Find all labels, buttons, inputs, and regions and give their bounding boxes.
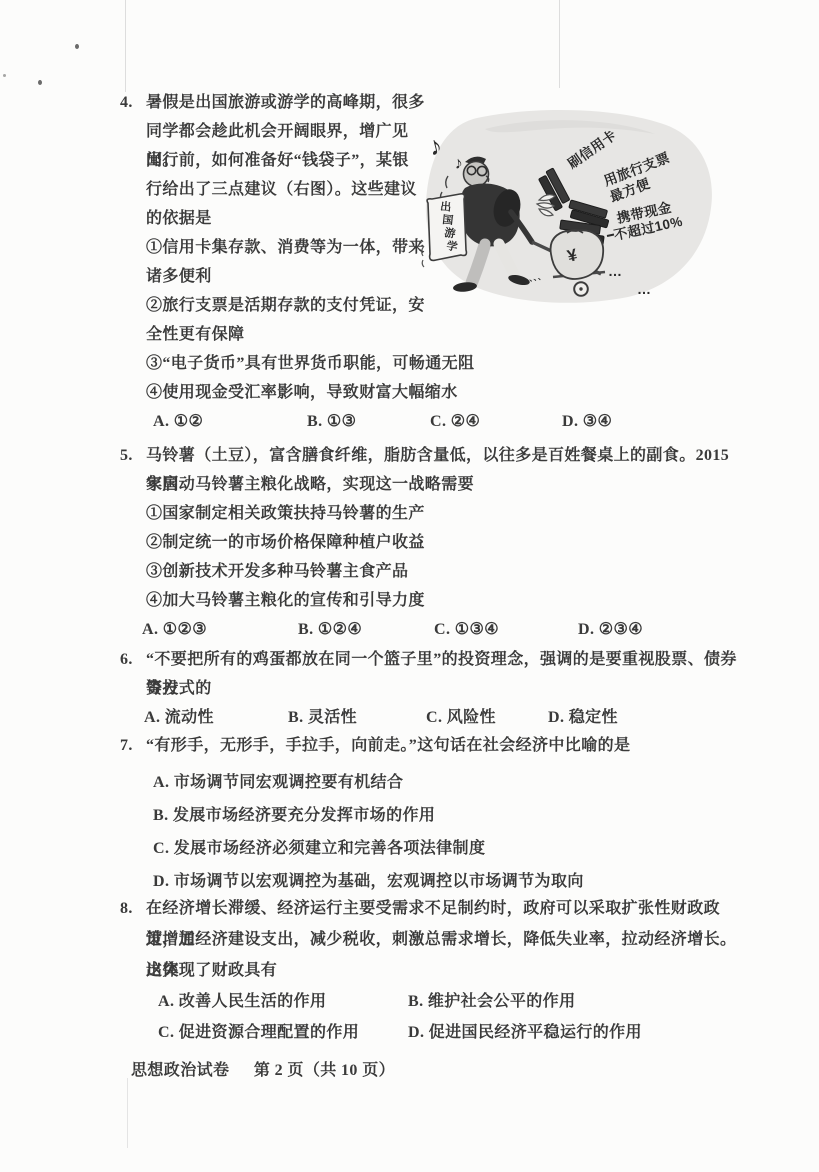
- motion-dots: …: [608, 263, 622, 279]
- question-7: 7. “有形手，无形手，手拉手，向前走。”这句话在社会经济中比喻的是 A. 市场…: [118, 731, 740, 898]
- travel-money-cartoon: ♪ ♪: [415, 104, 721, 306]
- option-d: D. ③④: [562, 407, 612, 436]
- question-8-line: 出体现了财政具有: [118, 955, 740, 986]
- question-5-statement-1: ①国家制定相关政策扶持马铃薯的生产: [118, 499, 740, 528]
- question-8-options-row-2: C. 促进资源合理配置的作用 D. 促进国民经济平稳运行的作用: [146, 1017, 740, 1048]
- option-c: C. 促进资源合理配置的作用: [158, 1017, 359, 1048]
- option-a: A. 改善人民生活的作用: [158, 986, 326, 1017]
- question-8-number: 8.: [120, 893, 133, 924]
- footer-exam-title: 思想政治试卷: [131, 1062, 229, 1079]
- question-5: 5. 马铃薯（土豆），富含膳食纤维，脂肪含量低，以往多是百姓餐桌上的副食。201…: [118, 441, 740, 644]
- question-4-statement-3: ③“电子货币”具有世界货币职能，可畅通无阻: [118, 349, 740, 378]
- question-5-options: A. ①②③ B. ①②④ C. ①③④ D. ②③④: [146, 615, 740, 644]
- question-4-options: A. ①② B. ①③ C. ②④ D. ③④: [146, 407, 740, 436]
- question-7-line: 7. “有形手，无形手，手拉手，向前走。”这句话在社会经济中比喻的是: [118, 731, 740, 760]
- scan-speck: [75, 44, 79, 49]
- question-4-text: 暑假是出国旅游或游学的高峰期，很多: [146, 88, 441, 117]
- footer-page-number: 第 2 页（共 10 页）: [254, 1062, 395, 1079]
- option-b: B. 灵活性: [288, 703, 357, 732]
- scan-speck: [3, 74, 6, 77]
- question-5-statement-4: ④加大马铃薯主粮化的宣传和引导力度: [118, 586, 740, 615]
- option-c: C. 风险性: [426, 703, 496, 732]
- scanned-exam-page: 4. 暑假是出国旅游或游学的高峰期，很多 同学都会趁此机会开阔眼界，增广见闻。 …: [0, 0, 819, 1172]
- question-6-number: 6.: [120, 645, 133, 674]
- question-8-line: 过增加经济建设支出，减少税收，刺激总需求增长，降低失业率，拉动经济增长。这突: [118, 924, 740, 955]
- question-7-option-a: A. 市场调节同宏观调控要有机结合: [146, 760, 740, 799]
- scan-edge-line: [125, 0, 126, 92]
- option-a: A. 流动性: [144, 703, 214, 732]
- question-4-statement-2b: 全性更有保障: [118, 320, 740, 349]
- svg-text:出: 出: [440, 199, 452, 214]
- question-4-number: 4.: [120, 88, 133, 117]
- question-8-options-row-1: A. 改善人民生活的作用 B. 维护社会公平的作用: [146, 986, 740, 1017]
- question-6-line: 6. “不要把所有的鸡蛋都放在同一个篮子里”的投资理念，强调的是要重视股票、债券…: [118, 645, 740, 674]
- option-d: D. 稳定性: [548, 703, 618, 732]
- option-c: C. ②④: [430, 407, 480, 436]
- question-4-statement-4: ④使用现金受汇率影响，导致财富大幅缩水: [118, 378, 740, 407]
- question-5-statement-2: ②制定统一的市场价格保障种植户收益: [118, 528, 740, 557]
- question-8: 8. 在经济增长滞缓、经济运行主要受需求不足制约时，政府可以采取扩张性财政政策，…: [118, 893, 740, 1048]
- option-c: C. ①③④: [434, 615, 499, 644]
- question-5-statement-3: ③创新技术开发多种马铃薯主食产品: [118, 557, 740, 586]
- scan-speck: [38, 80, 42, 85]
- option-a: A. ①②③: [142, 615, 207, 644]
- question-6-line: 资方式的: [118, 674, 740, 703]
- study-abroad-flag: 出 国 游 学: [422, 194, 467, 267]
- question-7-option-b: B. 发展市场经济要充分发挥市场的作用: [146, 799, 740, 832]
- motion-dots: …: [637, 281, 651, 297]
- question-7-option-c: C. 发展市场经济必须建立和完善各项法律制度: [146, 832, 740, 865]
- scan-edge-line: [127, 1078, 128, 1148]
- question-5-line: 家启动马铃薯主粮化战略，实现这一战略需要: [118, 470, 740, 499]
- question-7-number: 7.: [120, 731, 133, 760]
- question-8-line: 8. 在经济增长滞缓、经济运行主要受需求不足制约时，政府可以采取扩张性财政政策，…: [118, 893, 740, 924]
- question-5-number: 5.: [120, 441, 133, 470]
- option-d: D. ②③④: [578, 615, 643, 644]
- page-footer: 思想政治试卷 第 2 页（共 10 页）: [131, 1056, 415, 1085]
- option-b: B. ①③: [307, 407, 356, 436]
- question-6-options: A. 流动性 B. 灵活性 C. 风险性 D. 稳定性: [146, 703, 740, 732]
- option-b: B. 维护社会公平的作用: [408, 986, 575, 1017]
- option-d: D. 促进国民经济平稳运行的作用: [408, 1017, 642, 1048]
- question-5-line: 5. 马铃薯（土豆），富含膳食纤维，脂肪含量低，以往多是百姓餐桌上的副食。201…: [118, 441, 740, 470]
- option-a: A. ①②: [153, 407, 203, 436]
- option-b: B. ①②④: [298, 615, 362, 644]
- svg-text:国: 国: [442, 212, 455, 227]
- scan-edge-line: [559, 0, 560, 88]
- question-6: 6. “不要把所有的鸡蛋都放在同一个篮子里”的投资理念，强调的是要重视股票、债券…: [118, 645, 740, 732]
